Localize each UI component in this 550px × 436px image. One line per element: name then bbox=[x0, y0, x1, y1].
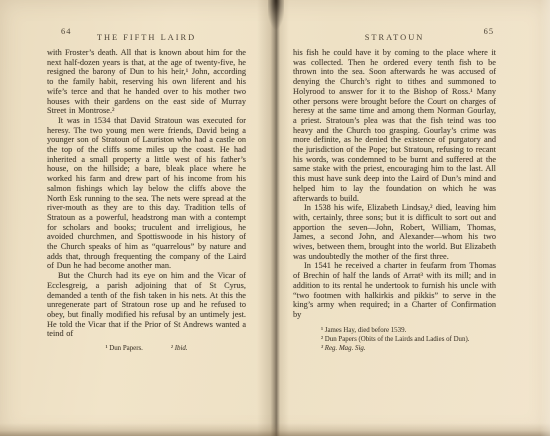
footnote: ³ Reg. Mag. Sig. bbox=[321, 344, 496, 353]
left-running-header: THE FIFTH LAIRD bbox=[97, 33, 196, 42]
left-page-text: with Froster’s death. All that is known … bbox=[47, 48, 246, 339]
footnote: ² Dun Papers (Obits of the Lairds and La… bbox=[321, 335, 496, 344]
book-spread: 64 THE FIFTH LAIRD with Froster’s death.… bbox=[0, 0, 550, 436]
footnote: ² Ibid. bbox=[171, 344, 188, 353]
right-page: STRATOUN 65 his fish he could have it by… bbox=[293, 27, 496, 353]
book-bottom-edge-shadow bbox=[0, 423, 550, 436]
left-page-footnotes: ¹ Dun Papers. ² Ibid. bbox=[47, 344, 246, 353]
right-page-header: STRATOUN 65 bbox=[293, 27, 496, 48]
paragraph: In 1541 he received a charter in feufarm… bbox=[293, 261, 496, 319]
book-gutter-shadow bbox=[257, 0, 289, 436]
paragraph: his fish he could have it by coming to t… bbox=[293, 48, 496, 203]
left-page-number: 64 bbox=[61, 27, 71, 36]
right-running-header: STRATOUN bbox=[365, 33, 425, 42]
left-page-header: 64 THE FIFTH LAIRD bbox=[47, 27, 246, 48]
footnote: ¹ Dun Papers. bbox=[105, 344, 142, 353]
footnote: ¹ James Hay, died before 1539. bbox=[321, 326, 496, 335]
right-page-footnotes: ¹ James Hay, died before 1539. ² Dun Pap… bbox=[293, 326, 496, 354]
paragraph: But the Church had its eye on him and th… bbox=[47, 271, 246, 339]
paragraph: In 1538 his wife, Elizabeth Lindsay,² di… bbox=[293, 203, 496, 261]
left-page: 64 THE FIFTH LAIRD with Froster’s death.… bbox=[47, 27, 246, 353]
page-right-edge-highlight bbox=[540, 0, 550, 436]
paragraph: It was in 1534 that David Stratoun was e… bbox=[47, 116, 246, 271]
paragraph: with Froster’s death. All that is known … bbox=[47, 48, 246, 116]
right-page-number: 65 bbox=[484, 27, 494, 36]
gutter-top-shadow bbox=[268, 0, 284, 30]
right-page-text: his fish he could have it by coming to t… bbox=[293, 48, 496, 320]
